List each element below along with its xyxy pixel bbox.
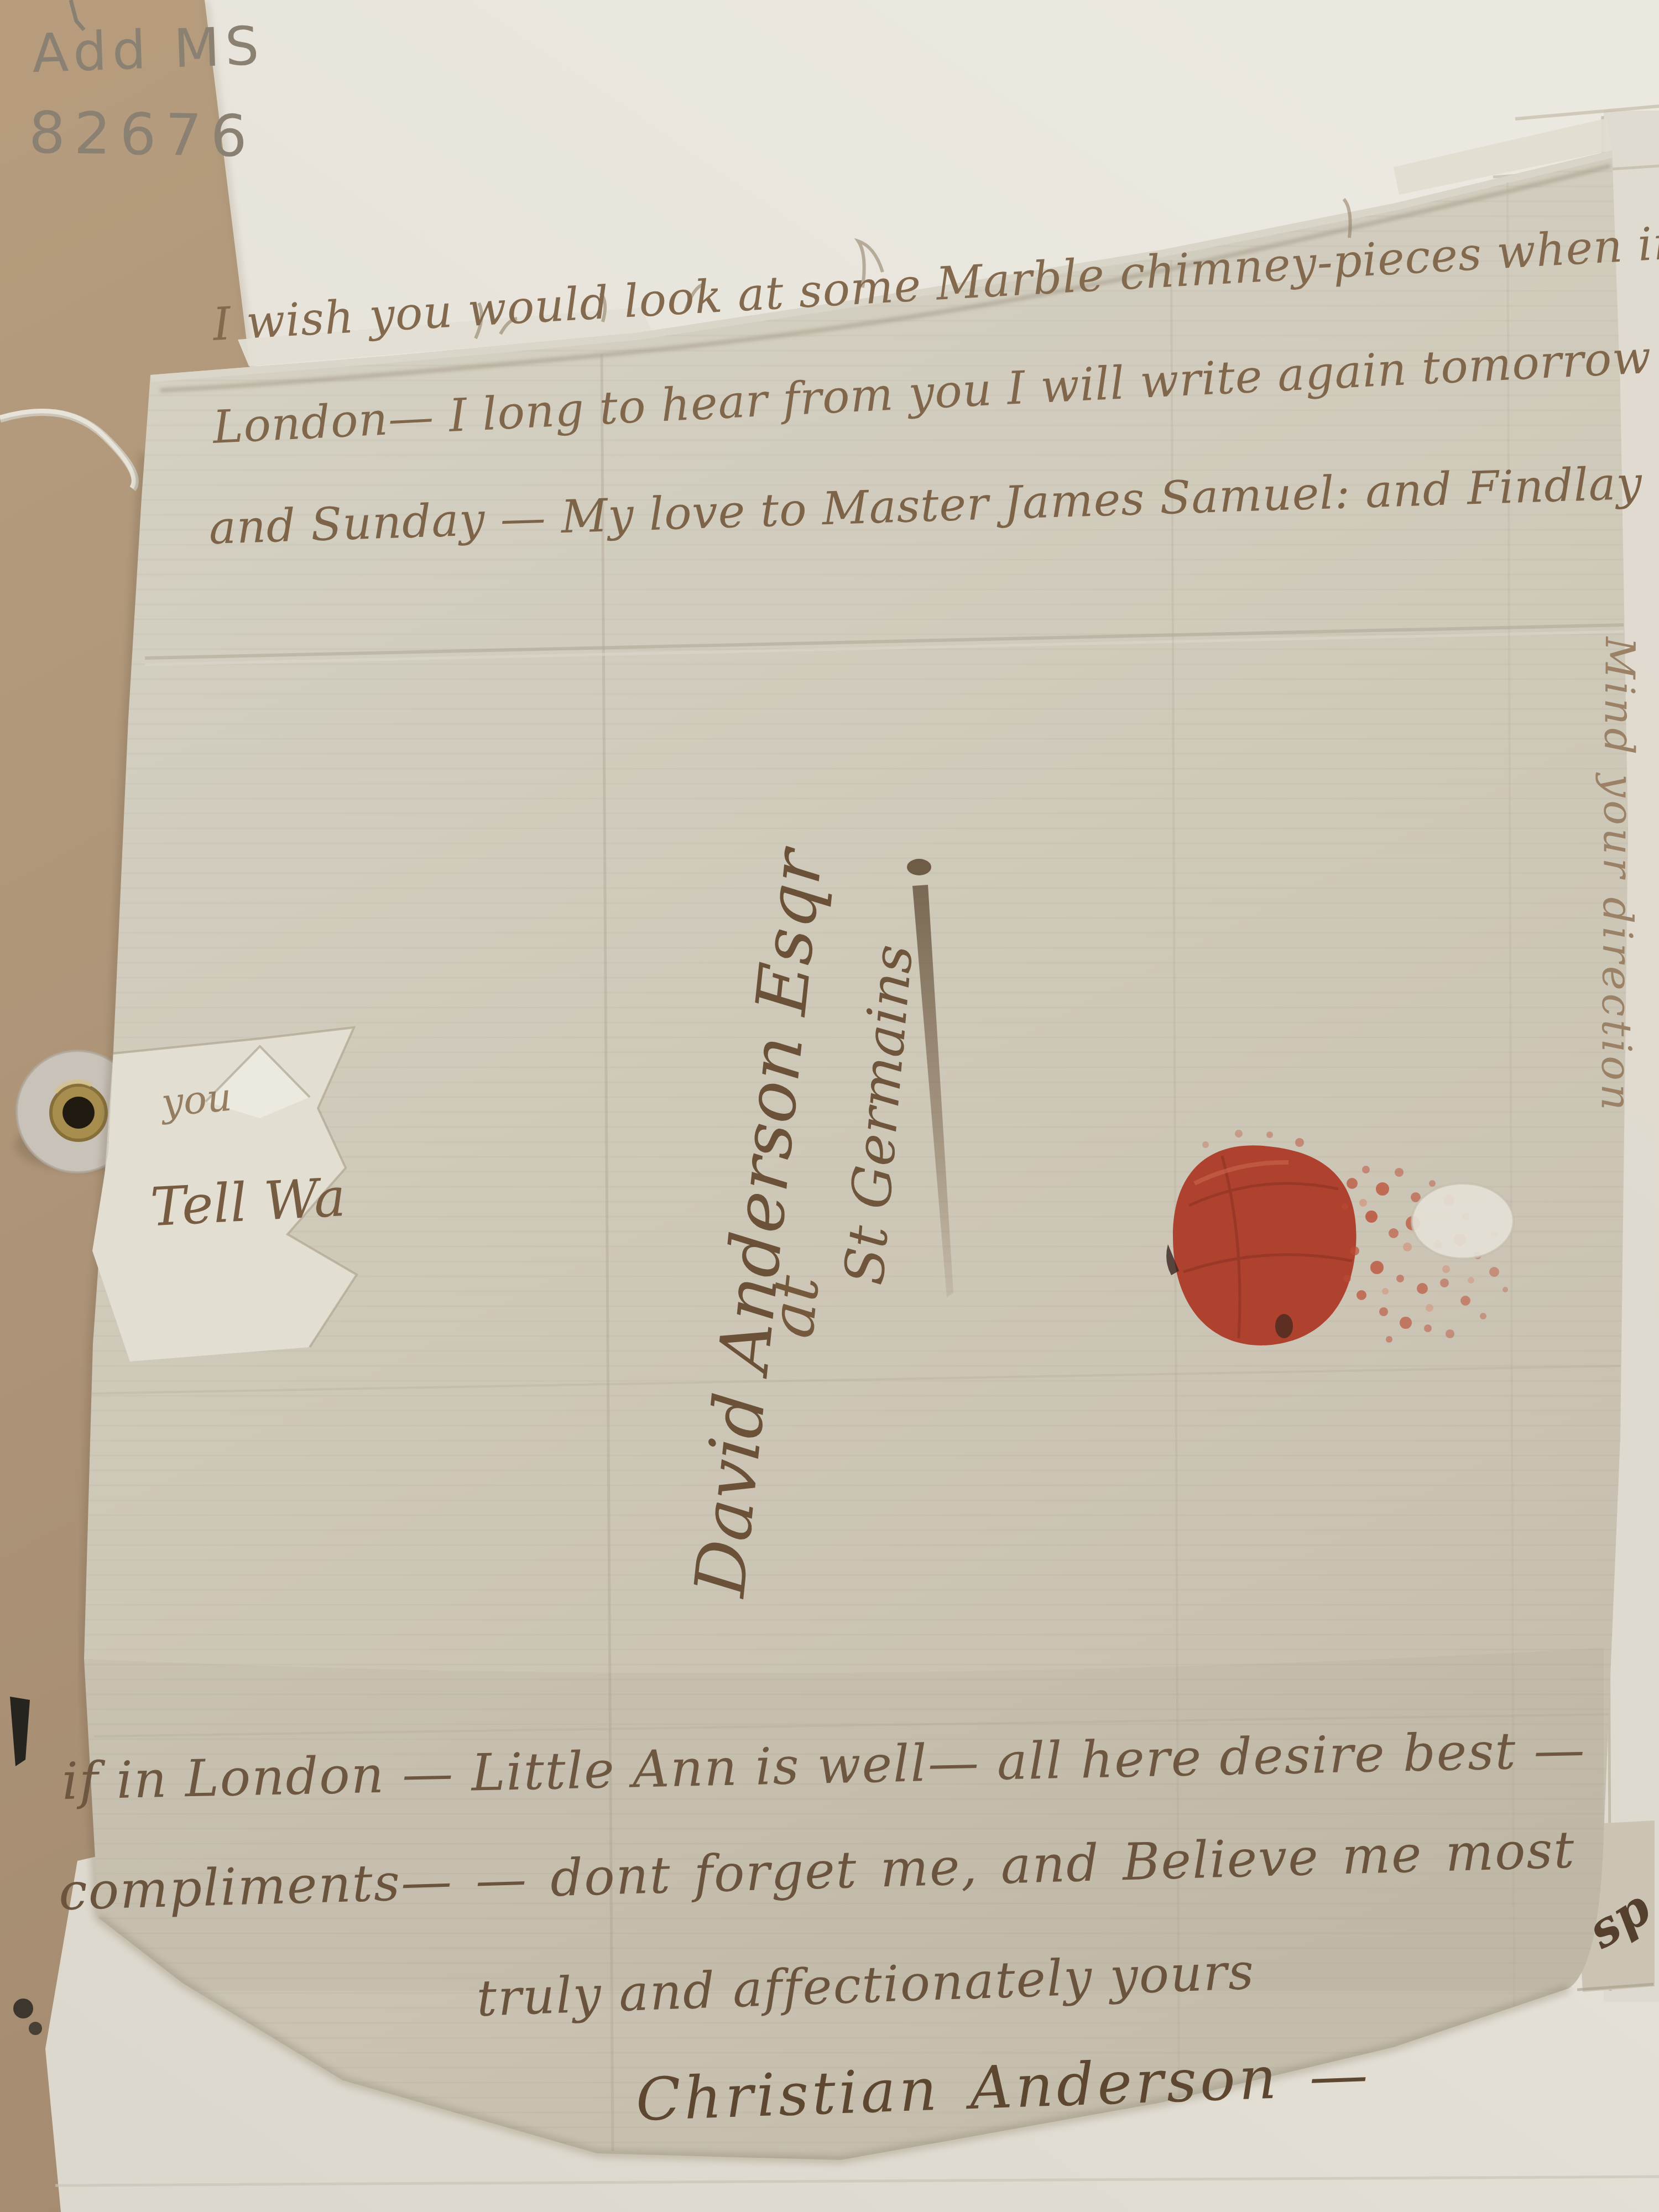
shelfmark-collection: Add MS [31,15,265,85]
archive-photo: Add MS 82676 I wish you would look at so… [0,0,1659,2212]
torn-fragment-2: Tell Wa [149,1166,347,1238]
margin-note: Mind your direction [1592,637,1644,1114]
address-at: at [755,1272,833,1342]
shelfmark-number: 82676 [28,98,257,170]
torn-fragment-1: you [160,1074,233,1126]
